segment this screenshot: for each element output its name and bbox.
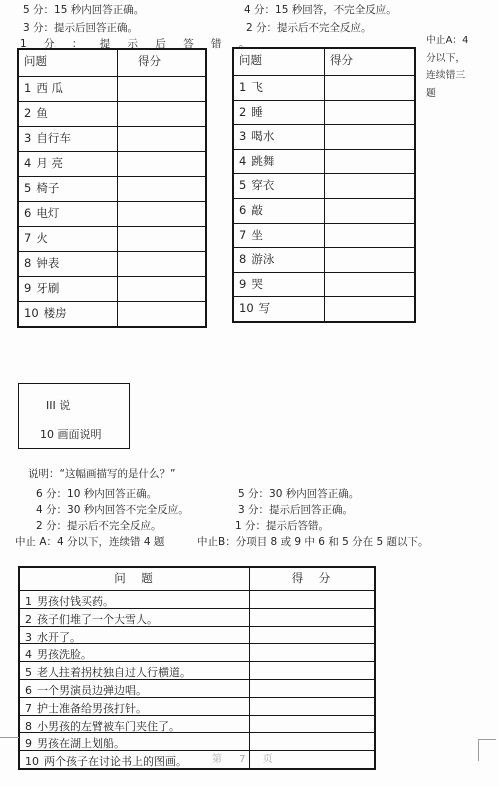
task-prompt: 说明：“这幅画描写的是什么？” (28, 466, 175, 481)
question-text: 护士准备给男孩打针。 (37, 702, 147, 715)
question-text: 睡 (251, 105, 263, 119)
question-text: 男孩付钱买药。 (37, 595, 114, 608)
table-row: 3喝水 (234, 124, 414, 149)
crop-mark-right (478, 739, 496, 761)
score-cell (118, 77, 205, 80)
question-header: 问题 (234, 49, 325, 75)
question-text: 敲 (251, 203, 263, 217)
score-rule: 1 分：提示后答错。 (235, 518, 329, 533)
table-row: 9哭 (234, 272, 414, 297)
score-cell (118, 227, 205, 230)
question-cell: 1飞 (234, 76, 325, 100)
score-cell (118, 252, 205, 255)
score-cell (325, 76, 414, 79)
question-cell: 8钟表 (19, 252, 118, 276)
section-title-box: III 说 10 画面说明 (18, 383, 130, 449)
question-cell: 7火 (19, 227, 118, 251)
score-cell (325, 248, 414, 251)
row-number: 3 (25, 631, 32, 644)
question-text: 钟表 (36, 256, 59, 270)
stop-rule-line: 分以下， (426, 50, 488, 68)
question-cell: 4跳舞 (234, 150, 325, 174)
question-cell: 4男孩洗脸。 (20, 644, 250, 661)
question-cell: 9男孩在湖上划船。 (20, 733, 250, 750)
table-row: 3水开了。 (20, 626, 374, 644)
table-row: 10楼房 (19, 301, 205, 326)
question-text: 哭 (251, 277, 263, 291)
score-cell (118, 302, 205, 305)
row-number: 1 (239, 80, 246, 94)
table-row: 8游泳 (234, 247, 414, 272)
question-header: 问 题 (20, 568, 250, 590)
question-text: 水开了。 (37, 631, 81, 644)
score-cell (250, 609, 374, 611)
question-text: 喝水 (251, 129, 274, 143)
question-cell: 2孩子们堆了一个大雪人。 (20, 609, 250, 626)
question-text: 牙刷 (36, 281, 59, 295)
question-text: 月 亮 (36, 156, 63, 170)
row-number: 3 (24, 131, 31, 145)
question-text: 椅子 (36, 181, 59, 195)
question-cell: 10写 (234, 297, 325, 321)
table-row: 7火 (19, 226, 205, 251)
question-cell: 1男孩付钱买药。 (20, 591, 250, 608)
score-cell (325, 125, 414, 128)
row-number: 10 (24, 306, 39, 320)
table-row: 8小男孩的左臂被车门夹住了。 (20, 715, 374, 733)
row-number: 8 (24, 256, 31, 270)
table-row: 2鱼 (19, 101, 205, 126)
score-cell (118, 127, 205, 130)
score-rule: 3 分：提示后回答正确。 (23, 20, 138, 35)
question-cell: 6电灯 (19, 202, 118, 226)
table-row: 5椅子 (19, 176, 205, 201)
score-rule: 3 分：提示后回答正确。 (238, 502, 353, 517)
stop-rule-b: 中止B：分项目 8 或 9 中 6 和 5 分在 5 题以下。 (197, 534, 429, 549)
table-row: 7坐 (234, 223, 414, 248)
question-cell: 7坐 (234, 224, 325, 248)
row-number: 10 (239, 301, 254, 315)
question-text: 鱼 (36, 106, 48, 120)
question-text: 孩子们堆了一个大雪人。 (37, 613, 158, 626)
score-cell (250, 662, 374, 664)
row-number: 4 (239, 154, 246, 168)
score-cell (118, 102, 205, 105)
score-cell (250, 698, 374, 700)
table-row: 2睡 (234, 100, 414, 125)
crop-mark-left (0, 737, 19, 738)
score-cell (250, 644, 374, 646)
question-cell: 8小男孩的左臂被车门夹住了。 (20, 716, 250, 733)
score-cell (325, 273, 414, 276)
actions-table: 问题 得分 1飞 2睡 3喝水 4跳舞 5穿衣 6敲 7坐 8游泳 9哭 10写 (232, 47, 416, 323)
question-text: 自行车 (36, 131, 71, 145)
score-rule: 5 分：30 秒内回答正确。 (238, 486, 359, 501)
table-row: 1飞 (234, 75, 414, 100)
score-cell (250, 733, 374, 735)
question-cell: 9哭 (234, 273, 325, 297)
table-row: 2孩子们堆了一个大雪人。 (20, 608, 374, 626)
question-cell: 7护士准备给男孩打针。 (20, 698, 250, 715)
table-row: 4男孩洗脸。 (20, 643, 374, 661)
row-number: 4 (25, 648, 32, 661)
question-text: 写 (259, 301, 271, 315)
question-text: 老人拄着拐杖独自过人行横道。 (37, 666, 191, 679)
question-cell: 1西 瓜 (19, 77, 118, 101)
row-number: 5 (239, 178, 246, 192)
score-rule: 4 分：15 秒回答，不完全反应。 (244, 2, 397, 17)
question-cell: 6一个男演员边弹边唱。 (20, 680, 250, 697)
section-subtitle: 10 画面说明 (40, 426, 129, 442)
score-cell (250, 716, 374, 718)
question-text: 跳舞 (251, 154, 274, 168)
question-cell: 5穿衣 (234, 174, 325, 198)
table-row: 4月 亮 (19, 151, 205, 176)
question-cell: 4月 亮 (19, 152, 118, 176)
document-page: 5 分：15 秒内回答正确。 3 分：提示后回答正确。 1 分 ： 提 示 后 … (0, 0, 499, 786)
table-row: 5老人拄着拐杖独自过人行横道。 (20, 661, 374, 679)
row-number: 5 (25, 666, 32, 679)
row-number: 9 (239, 277, 246, 291)
score-cell (250, 627, 374, 629)
table-row: 6电灯 (19, 201, 205, 226)
score-cell (118, 277, 205, 280)
table-row: 8钟表 (19, 251, 205, 276)
question-cell: 10楼房 (19, 302, 118, 326)
question-cell: 5老人拄着拐杖独自过人行横道。 (20, 662, 250, 679)
table-header-row: 问题 得分 (234, 49, 414, 75)
page-number: 第 7 页 (212, 750, 280, 765)
question-text: 电灯 (36, 206, 59, 220)
table-header-row: 问题 得分 (19, 50, 205, 76)
question-text: 楼房 (44, 306, 67, 320)
question-text: 西 瓜 (36, 81, 63, 95)
table-row: 6敲 (234, 198, 414, 223)
row-number: 6 (25, 684, 32, 697)
table-row: 3自行车 (19, 126, 205, 151)
table-row: 1西 瓜 (19, 76, 205, 101)
score-cell (325, 150, 414, 153)
table-row: 5穿衣 (234, 173, 414, 198)
question-text: 游泳 (251, 252, 274, 266)
stop-rule-line: 连续错三 (426, 67, 488, 85)
question-text: 坐 (251, 228, 263, 242)
question-text: 小男孩的左臂被车门夹住了。 (37, 720, 180, 733)
question-cell: 3水开了。 (20, 627, 250, 644)
row-number: 9 (25, 737, 32, 750)
question-text: 男孩洗脸。 (37, 648, 92, 661)
stop-rule-line: 题 (426, 85, 488, 103)
table-header-row: 问 题 得 分 (20, 568, 374, 590)
question-text: 穿衣 (251, 178, 274, 192)
row-number: 7 (24, 231, 31, 245)
table-row: 4跳舞 (234, 149, 414, 174)
score-header: 得分 (325, 49, 414, 68)
row-number: 7 (239, 228, 246, 242)
objects-table: 问题 得分 1西 瓜 2鱼 3自行车 4月 亮 5椅子 6电灯 7火 8钟表 9… (17, 48, 207, 328)
question-text: 火 (36, 231, 48, 245)
score-cell (118, 177, 205, 180)
row-number: 1 (24, 81, 31, 95)
score-cell (325, 297, 414, 300)
score-cell (325, 199, 414, 202)
row-number: 8 (239, 252, 246, 266)
question-cell: 3自行车 (19, 127, 118, 151)
question-text: 飞 (251, 80, 263, 94)
score-cell (250, 680, 374, 682)
question-text: 一个男演员边弹边唱。 (37, 684, 147, 697)
row-number: 2 (239, 105, 246, 119)
table-row: 9男孩在湖上划船。 (20, 732, 374, 750)
table-row: 6一个男演员边弹边唱。 (20, 679, 374, 697)
score-cell (118, 152, 205, 155)
question-text: 两个孩子在讨论书上的图画。 (44, 755, 187, 768)
table-row: 9牙刷 (19, 276, 205, 301)
question-cell: 9牙刷 (19, 277, 118, 301)
score-cell (325, 224, 414, 227)
question-cell: 3喝水 (234, 125, 325, 149)
score-header: 得分 (118, 50, 205, 69)
score-cell (325, 101, 414, 104)
row-number: 2 (25, 613, 32, 626)
row-number: 9 (24, 281, 31, 295)
score-cell (250, 591, 374, 593)
section-number: III 说 (46, 397, 129, 413)
score-rule: 2 分：提示后不完全反应。 (36, 518, 162, 533)
row-number: 7 (25, 702, 32, 715)
row-number: 6 (24, 206, 31, 220)
stop-rule-note: 中止A：4 分以下， 连续错三 题 (426, 32, 488, 102)
question-cell: 6敲 (234, 199, 325, 223)
row-number: 8 (25, 720, 32, 733)
stop-rule-line: 中止A：4 (426, 32, 488, 50)
question-cell: 5椅子 (19, 177, 118, 201)
row-number: 6 (239, 203, 246, 217)
score-rule: 4 分：30 秒内回答不完全反应。 (36, 502, 189, 517)
row-number: 2 (24, 106, 31, 120)
question-header: 问题 (19, 50, 118, 76)
table-row: 10写 (234, 296, 414, 321)
question-text: 男孩在湖上划船。 (37, 737, 125, 750)
row-number: 4 (24, 156, 31, 170)
score-rule: 5 分：15 秒内回答正确。 (23, 2, 144, 17)
stop-rule-a: 中止 A：4 分以下，连续错 4 题 (15, 534, 164, 549)
score-header: 得 分 (250, 568, 374, 586)
score-cell (325, 174, 414, 177)
row-number: 10 (25, 755, 39, 768)
question-cell: 2鱼 (19, 102, 118, 126)
row-number: 3 (239, 129, 246, 143)
pictures-table: 问 题 得 分 1男孩付钱买药。 2孩子们堆了一个大雪人。 3水开了。 4男孩洗… (18, 566, 376, 770)
row-number: 5 (24, 181, 31, 195)
row-number: 1 (25, 595, 32, 608)
score-rule: 2 分：提示后不完全反应。 (246, 20, 372, 35)
score-cell (118, 202, 205, 205)
question-cell: 2睡 (234, 101, 325, 125)
question-cell: 8游泳 (234, 248, 325, 272)
score-rule: 6 分：10 秒内回答正确。 (36, 486, 157, 501)
table-row: 1男孩付钱买药。 (20, 590, 374, 608)
table-row: 7护士准备给男孩打针。 (20, 697, 374, 715)
table-row: 10两个孩子在讨论书上的图画。 (20, 750, 374, 768)
